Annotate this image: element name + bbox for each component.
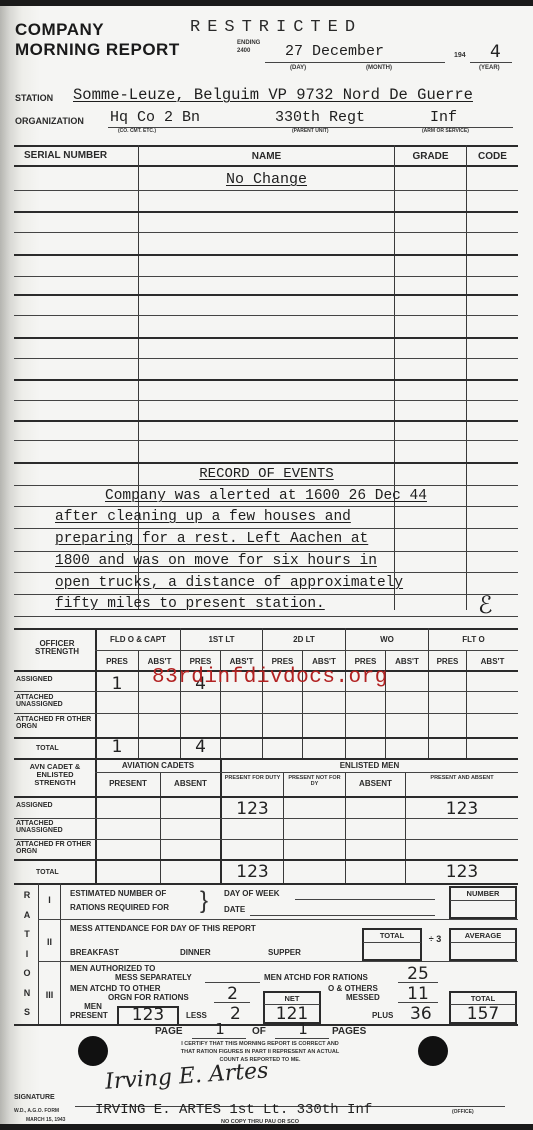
form-title-line1: COMPANY — [15, 20, 104, 40]
officer-total-1stlt-pres: 4 — [181, 737, 220, 757]
signer-typed-name: IRVING E. ARTES 1st Lt. 330th Inf — [95, 1102, 372, 1118]
enlisted-assigned-present-duty: 123 — [222, 799, 283, 819]
enlisted-total-present-duty: 123 — [222, 862, 283, 882]
rations-required-label-2: RATIONS REQUIRED FOR — [70, 904, 169, 912]
event-line-5: open trucks, a distance of approximately — [55, 575, 403, 591]
website-watermark: 83rdinfdivdocs.org — [152, 666, 388, 689]
sub-abst: ABS'T — [467, 658, 518, 666]
caption-month: (MONTH) — [366, 65, 392, 71]
event-line-3: preparing for a rest. Left Aachen at — [55, 531, 368, 547]
morning-report-form: COMPANY MORNING REPORT RESTRICTED ENDING… — [0, 6, 533, 1124]
sub-present: PRESENT — [96, 780, 160, 788]
sub-pres: PRES — [96, 658, 138, 666]
date-label: DATE — [224, 906, 245, 914]
row-label-attached-other: ATTACHED FR OTHER ORGN — [16, 841, 92, 856]
brace-icon: } — [200, 886, 208, 916]
col-header-code: CODE — [467, 152, 518, 163]
punch-hole-left — [78, 1036, 108, 1066]
caption-day: (DAY) — [290, 65, 306, 71]
atchd-for-rations-label: MEN ATCHD FOR RATIONS — [264, 974, 368, 982]
row-label-total: TOTAL — [36, 869, 59, 876]
event-line-2: after cleaning up a few houses and — [55, 509, 351, 525]
rations-side-label: RATIONS — [16, 886, 38, 1023]
event-line-4: 1800 and was on move for six hours in — [55, 553, 377, 569]
caption-arm: (ARM OR SERVICE) — [422, 129, 469, 134]
year-digit: 4 — [490, 42, 501, 62]
section-ii-numeral: II — [39, 938, 60, 947]
mess-separately-label-2: MESS SEPARATELY — [115, 974, 192, 982]
organization-parent: 330th Regt — [275, 109, 365, 126]
caption-year: (YEAR) — [479, 65, 500, 71]
sub-absent-enlisted: ABSENT — [346, 780, 405, 788]
organization-label: ORGANIZATION — [15, 117, 84, 126]
sub-absent: ABSENT — [161, 780, 220, 788]
total-rations-value: 157 — [450, 1004, 516, 1024]
record-of-events-heading: RECORD OF EVENTS — [139, 466, 394, 482]
certify-line-2: THAT RATION FIGURES IN PART II REPRESENT… — [130, 1050, 390, 1056]
divide-by-three: ÷ 3 — [424, 935, 446, 944]
sub-abst: ABS'T — [386, 658, 428, 666]
plus-label: PLUS — [372, 1012, 393, 1020]
atchd-other-value: 2 — [220, 984, 245, 1004]
ending-label: ENDING — [237, 40, 260, 46]
initials-mark: ℰ — [478, 591, 493, 619]
station-value: Somme-Leuze, Belguim VP 9732 Nord De Gue… — [73, 86, 473, 104]
number-box-label: NUMBER — [450, 890, 516, 898]
officer-total-fld-pres: 1 — [96, 737, 138, 757]
col-header-grade: GRADE — [395, 152, 466, 163]
enlisted-assigned-present-absent: 123 — [406, 799, 518, 819]
row-label-attached-other: ATTACHED FR OTHER ORGN — [16, 716, 92, 731]
row-label-attached-unassigned: ATTACHED UNASSIGNED — [16, 820, 92, 835]
ending-time: 2400 — [237, 48, 250, 54]
form-number-line-1: W.D., A.G.O. FORM — [14, 1109, 59, 1114]
atchd-other-label-2: ORGN FOR RATIONS — [108, 994, 189, 1002]
report-date: 27 December — [285, 43, 384, 60]
rations-required-label-1: ESTIMATED NUMBER OF — [70, 890, 166, 898]
organization-unit: Hq Co 2 Bn — [110, 109, 200, 126]
of-label: OF — [252, 1027, 266, 1038]
caption-office: (OFFICE) — [452, 1110, 474, 1115]
page-label: PAGE — [155, 1027, 183, 1038]
men-present-label-2: PRESENT — [70, 1012, 108, 1020]
distribution-note: NO COPY THRU PAU OR SCO — [160, 1120, 360, 1126]
dinner-label: DINNER — [180, 949, 211, 957]
form-number-line-2: MARCH 15, 1943 — [26, 1118, 65, 1123]
row-label-assigned: ASSIGNED — [16, 802, 53, 809]
mess-attendance-label: MESS ATTENDANCE FOR DAY OF THIS REPORT — [70, 925, 256, 933]
pages-label: PAGES — [332, 1027, 366, 1038]
row-label-total: TOTAL — [36, 745, 59, 752]
sub-pres: PRES — [429, 658, 466, 666]
group-flt-o: FLT O — [429, 636, 518, 644]
year-prefix: 194 — [454, 52, 466, 59]
group-1st-lt: 1ST LT — [181, 636, 262, 644]
plus-value: 36 — [410, 1004, 432, 1024]
sub-present-for-duty: PRESENT FOR DUTY — [222, 776, 283, 782]
group-enlisted-men: ENLISTED MEN — [221, 762, 518, 770]
average-box-label: AVERAGE — [450, 932, 516, 940]
page-total: 1 — [278, 1020, 328, 1038]
enlisted-total-present-absent: 123 — [406, 862, 518, 882]
section-i-numeral: I — [39, 896, 60, 905]
others-messed-label-2: MESSED — [346, 994, 380, 1002]
col-header-name: NAME — [139, 152, 394, 163]
event-line-6: fifty miles to present station. — [55, 596, 325, 612]
total-box-label: TOTAL — [363, 932, 421, 940]
day-of-week-label: DAY OF WEEK — [224, 890, 280, 898]
group-2d-lt: 2D LT — [263, 636, 345, 644]
event-line-1: Company was alerted at 1600 26 Dec 44 — [105, 488, 427, 504]
certify-line-1: I CERTIFY THAT THIS MORNING REPORT IS CO… — [130, 1042, 390, 1048]
signature-label: SIGNATURE — [14, 1094, 55, 1101]
breakfast-label: BREAKFAST — [70, 949, 119, 957]
total-rations-label: TOTAL — [450, 995, 516, 1003]
sub-present-and-absent: PRESENT AND ABSENT — [406, 776, 518, 782]
officer-strength-title: OFFICER STRENGTH — [22, 640, 92, 657]
group-aviation-cadets: AVIATION CADETS — [96, 762, 220, 770]
group-fld-o-capt: FLD O & CAPT — [96, 636, 180, 644]
organization-arm: Inf — [430, 109, 457, 126]
personnel-entry-name: No Change — [139, 171, 394, 188]
others-messed-value: 11 — [400, 984, 436, 1004]
row-label-assigned: ASSIGNED — [16, 676, 53, 683]
page-number: 1 — [195, 1020, 245, 1038]
station-label: STATION — [15, 94, 53, 103]
supper-label: SUPPER — [268, 949, 301, 957]
men-present-value: 123 — [118, 1005, 178, 1025]
atchd-for-rations-value: 25 — [400, 964, 436, 984]
caption-unit: (CO. CMT. ETC.) — [118, 129, 156, 134]
group-wo: WO — [346, 636, 428, 644]
classification-stamp: RESTRICTED — [190, 18, 362, 37]
enlisted-strength-title: AVN CADET & ENLISTED STRENGTH — [16, 763, 94, 787]
net-box-label: NET — [264, 995, 320, 1003]
section-iii-numeral: III — [39, 991, 60, 1000]
handwritten-signature: Irving E. Artes — [104, 1058, 269, 1094]
form-title-line2: MORNING REPORT — [15, 40, 180, 60]
caption-parent: (PARENT UNIT) — [292, 129, 329, 134]
col-header-serial: SERIAL NUMBER — [24, 151, 107, 162]
punch-hole-right — [418, 1036, 448, 1066]
row-label-attached-unassigned: ATTACHED UNASSIGNED — [16, 694, 92, 709]
sub-present-not-for-duty: PRESENT NOT FOR DY — [284, 776, 345, 787]
officer-assigned-fld-pres: 1 — [96, 674, 138, 694]
